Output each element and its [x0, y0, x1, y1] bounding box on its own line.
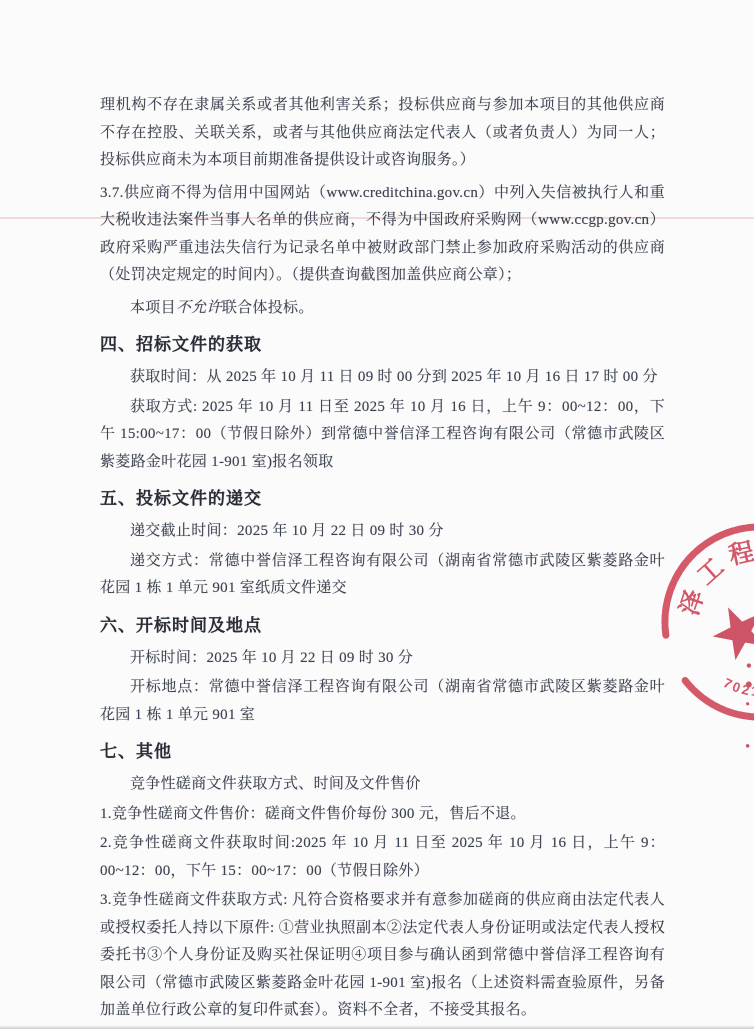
- document-body: 理机构不存在隶属关系或者其他利害关系；投标供应商与参加本项目的其他供应商不存在控…: [100, 92, 665, 1029]
- seal-ink-speck: [746, 663, 752, 669]
- sec7-item3-obtain-method: 3.竞争性磋商文件获取方式: 凡符合资格要求并有意参加磋商的供应商由法定代表人或…: [100, 887, 665, 1025]
- sec5-method: 递交方式：常德中誉信泽工程咨询有限公司（湖南省常德市武陵区紫菱路金叶花园 1 栋…: [100, 548, 665, 603]
- heading-section-5-bid-submission: 五、投标文件的递交: [100, 486, 665, 512]
- sec4-obtain-time: 获取时间：从 2025 年 10 月 11 日 09 时 00 分到 2025 …: [100, 364, 665, 392]
- seal-star-icon: [704, 596, 754, 665]
- heading-section-6-bid-opening: 六、开标时间及地点: [100, 613, 665, 639]
- sec7-item1-price: 1.竞争性磋商文件售价：磋商文件售价每份 300 元，售后不退。: [100, 801, 665, 829]
- page-bottom-edge: [0, 1025, 754, 1029]
- sec6-opening-place: 开标地点：常德中誉信泽工程咨询有限公司（湖南省常德市武陵区紫菱路金叶花园 1 栋…: [100, 674, 665, 729]
- official-seal-stamp: 泽工程咨 7021001805: [640, 500, 754, 750]
- seal-ink-speck: [746, 702, 750, 706]
- heading-section-7-other: 七、其他: [100, 739, 665, 765]
- sec7-item2-obtain-time: 2.竞争性磋商文件获取时间:2025 年 10 月 11 日至 2025 年 1…: [100, 830, 665, 885]
- para-3-7-credit-check: 3.7.供应商不得为信用中国网站（www.creditchina.gov.cn）…: [100, 180, 665, 290]
- heading-section-4-document-acquisition: 四、招标文件的获取: [100, 332, 665, 358]
- para-no-consortium-post: 联合体投标。: [222, 300, 314, 316]
- sec7-subtitle: 竞争性磋商文件获取方式、时间及文件售价: [100, 771, 665, 799]
- para-no-consortium-emphasis: 不允许: [176, 300, 222, 316]
- para-agency-relationship: 理机构不存在隶属关系或者其他利害关系；投标供应商与参加本项目的其他供应商不存在控…: [100, 92, 665, 175]
- sec5-deadline: 递交截止时间：2025 年 10 月 22 日 09 时 30 分: [100, 518, 665, 546]
- scanned-document-page: 理机构不存在隶属关系或者其他利害关系；投标供应商与参加本项目的其他供应商不存在控…: [0, 0, 754, 1029]
- seal-ink-speck: [745, 744, 750, 749]
- para-no-consortium-pre: 本项目: [130, 300, 176, 316]
- sec6-opening-time: 开标时间：2025 年 10 月 22 日 09 时 30 分: [100, 645, 665, 673]
- para-no-consortium: 本项目不允许联合体投标。: [100, 295, 665, 323]
- sec4-obtain-method: 获取方式: 2025 年 10 月 11 日至 2025 年 10 月 16 日…: [100, 394, 665, 477]
